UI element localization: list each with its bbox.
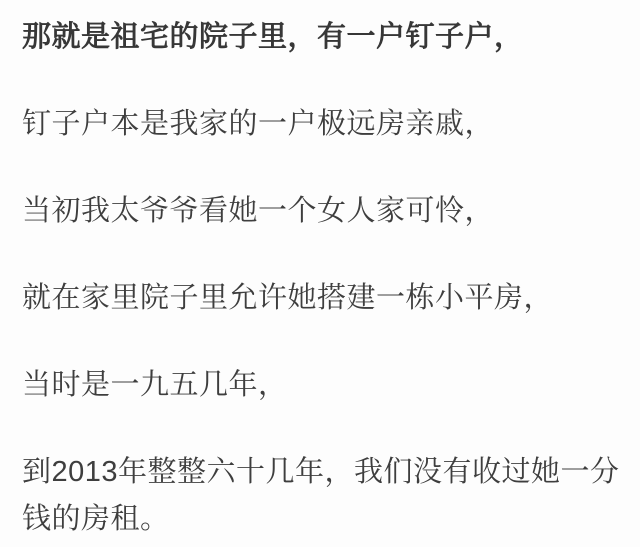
paragraph: 到2013年整整六十几年，我们没有收过她一分钱的房租。 xyxy=(22,449,622,543)
article-text-block: 那就是祖宅的院子里，有一户钉子户， 钉子户本是我家的一户极远房亲戚， 当初我太爷… xyxy=(0,0,640,543)
paragraph: 当初我太爷爷看她一个女人家可怜， xyxy=(22,188,622,235)
paragraph: 当时是一九五几年， xyxy=(22,362,622,409)
paragraph-lede: 那就是祖宅的院子里，有一户钉子户， xyxy=(22,14,622,61)
paragraph: 就在家里院子里允许她搭建一栋小平房， xyxy=(22,275,622,322)
paragraph: 钉子户本是我家的一户极远房亲戚， xyxy=(22,101,622,148)
